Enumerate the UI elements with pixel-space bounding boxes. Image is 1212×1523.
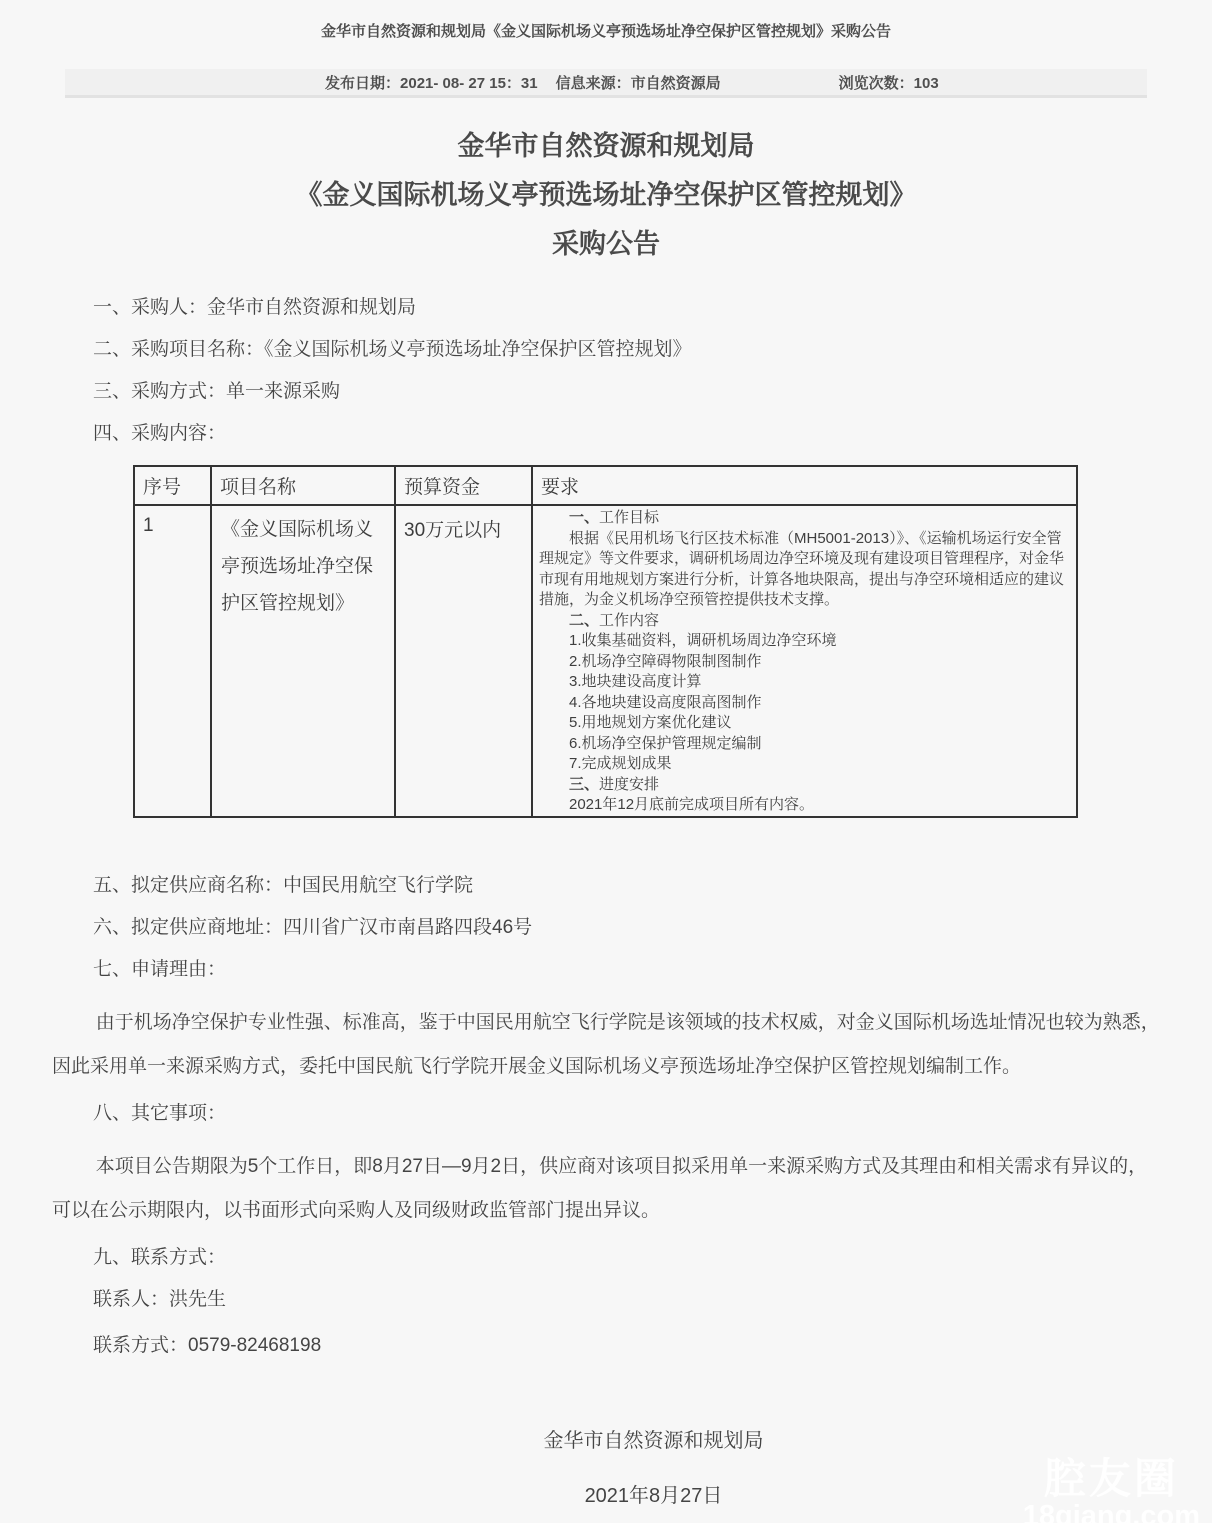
footer-signature: 金华市自然资源和规划局 — [95, 1424, 1212, 1453]
section-supplier-address: 六、拟定供应商地址：四川省广汉市南昌路四段46号 — [93, 917, 1157, 938]
req-heading-content-num: 二、 — [569, 612, 599, 629]
contact-person: 联系人：洪先生 — [93, 1289, 1157, 1310]
info-source-label: 信息来源： — [556, 75, 631, 92]
table-header-row: 序号 项目名称 预算资金 要求 — [134, 466, 1077, 505]
column-header-requirements: 要求 — [532, 466, 1077, 505]
section-contact-title: 九、联系方式： — [93, 1247, 1157, 1268]
document-title-line2: 《金义国际机场义亭预选场址净空保护区管控规划》 — [0, 171, 1212, 220]
req-heading-schedule-text: 进度安排 — [599, 776, 659, 793]
cell-project-name: 《金义国际机场义亭预选场址净空保护区管控规划》 — [211, 505, 395, 817]
document-title-line3: 采购公告 — [0, 220, 1212, 269]
cell-seq: 1 — [134, 505, 211, 817]
req-heading-goal-text: 工作目标 — [599, 509, 659, 526]
section-project-name: 二、采购项目名称：《金义国际机场义亭预选场址净空保护区管控规划》 — [93, 339, 1157, 360]
sections-mid: 五、拟定供应商名称：中国民用航空飞行学院 六、拟定供应商地址：四川省广汉市南昌路… — [0, 875, 1212, 980]
table-row: 1 《金义国际机场义亭预选场址净空保护区管控规划》 30万元以内 一、工作目标 … — [134, 505, 1077, 817]
contact-phone: 联系方式：0579-82468198 — [93, 1335, 1157, 1356]
req-item-2: 2.机场净空障碍物限制图制作 — [539, 652, 1070, 673]
info-source-value: 市自然资源局 — [631, 75, 721, 92]
section-reason-title: 七、申请理由： — [93, 959, 1157, 980]
req-heading-content-text: 工作内容 — [599, 612, 659, 629]
req-heading-goal: 一、工作目标 — [539, 508, 1070, 529]
req-item-7: 7.完成规划成果 — [539, 754, 1070, 775]
req-heading-schedule-num: 三、 — [569, 776, 599, 793]
document-title: 金华市自然资源和规划局 《金义国际机场义亭预选场址净空保护区管控规划》 采购公告 — [0, 122, 1212, 269]
footer-signature-block: 金华市自然资源和规划局 2021年8月27日 — [0, 1424, 1212, 1508]
req-item-6: 6.机场净空保护管理规定编制 — [539, 734, 1070, 755]
column-header-seq: 序号 — [134, 466, 211, 505]
document-title-line1: 金华市自然资源和规划局 — [0, 122, 1212, 171]
view-count-value: 103 — [914, 75, 939, 92]
section-method: 三、采购方式：单一来源采购 — [93, 381, 1157, 402]
cell-budget: 30万元以内 — [395, 505, 532, 817]
cell-requirements: 一、工作目标 根据《民用机场飞行区技术标准（MH5001-2013）》、《运输机… — [532, 505, 1077, 817]
section-supplier-name: 五、拟定供应商名称：中国民用航空飞行学院 — [93, 875, 1157, 896]
req-item-3: 3.地块建设高度计算 — [539, 672, 1070, 693]
publish-date-value: 2021- 08- 27 15：31 — [400, 75, 538, 92]
other-paragraph: 本项目公告期限为5个工作日，即8月27日—9月2日，供应商对该项目拟采用单一来源… — [52, 1145, 1160, 1233]
req-item-5: 5.用地规划方案优化建议 — [539, 713, 1070, 734]
section-other-title: 八、其它事项： — [93, 1103, 1157, 1124]
column-header-name: 项目名称 — [211, 466, 395, 505]
sections-top: 一、采购人：金华市自然资源和规划局 二、采购项目名称：《金义国际机场义亭预选场址… — [0, 297, 1212, 444]
publish-date: 发布日期：2021- 08- 27 15：31 — [325, 72, 538, 93]
req-item-4: 4.各地块建设高度限高图制作 — [539, 693, 1070, 714]
page-header-title: 金华市自然资源和规划局《金义国际机场义亭预选场址净空保护区管控规划》采购公告 — [0, 0, 1212, 41]
view-count-label: 浏览次数： — [839, 75, 914, 92]
publish-date-label: 发布日期： — [325, 75, 400, 92]
section-buyer: 一、采购人：金华市自然资源和规划局 — [93, 297, 1157, 318]
req-heading-content: 二、工作内容 — [539, 611, 1070, 632]
procurement-table: 序号 项目名称 预算资金 要求 1 《金义国际机场义亭预选场址净空保护区管控规划… — [133, 465, 1078, 818]
info-source: 信息来源：市自然资源局 — [556, 72, 721, 93]
reason-paragraph: 由于机场净空保护专业性强、标准高，鉴于中国民用航空飞行学院是该领域的技术权威，对… — [52, 1001, 1160, 1089]
meta-bar: 发布日期：2021- 08- 27 15：31 信息来源：市自然资源局 浏览次数… — [65, 69, 1147, 98]
req-heading-schedule: 三、进度安排 — [539, 775, 1070, 796]
column-header-budget: 预算资金 — [395, 466, 532, 505]
view-count: 浏览次数：103 — [839, 72, 939, 93]
req-goal-paragraph: 根据《民用机场飞行区技术标准（MH5001-2013）》、《运输机场运行安全管理… — [539, 529, 1070, 611]
section-content-label: 四、采购内容： — [93, 423, 1157, 444]
req-heading-goal-num: 一、 — [569, 509, 599, 526]
req-schedule-paragraph: 2021年12月底前完成项目所有内容。 — [539, 795, 1070, 816]
req-item-1: 1.收集基础资料，调研机场周边净空环境 — [539, 631, 1070, 652]
footer-date: 2021年8月27日 — [95, 1479, 1212, 1508]
